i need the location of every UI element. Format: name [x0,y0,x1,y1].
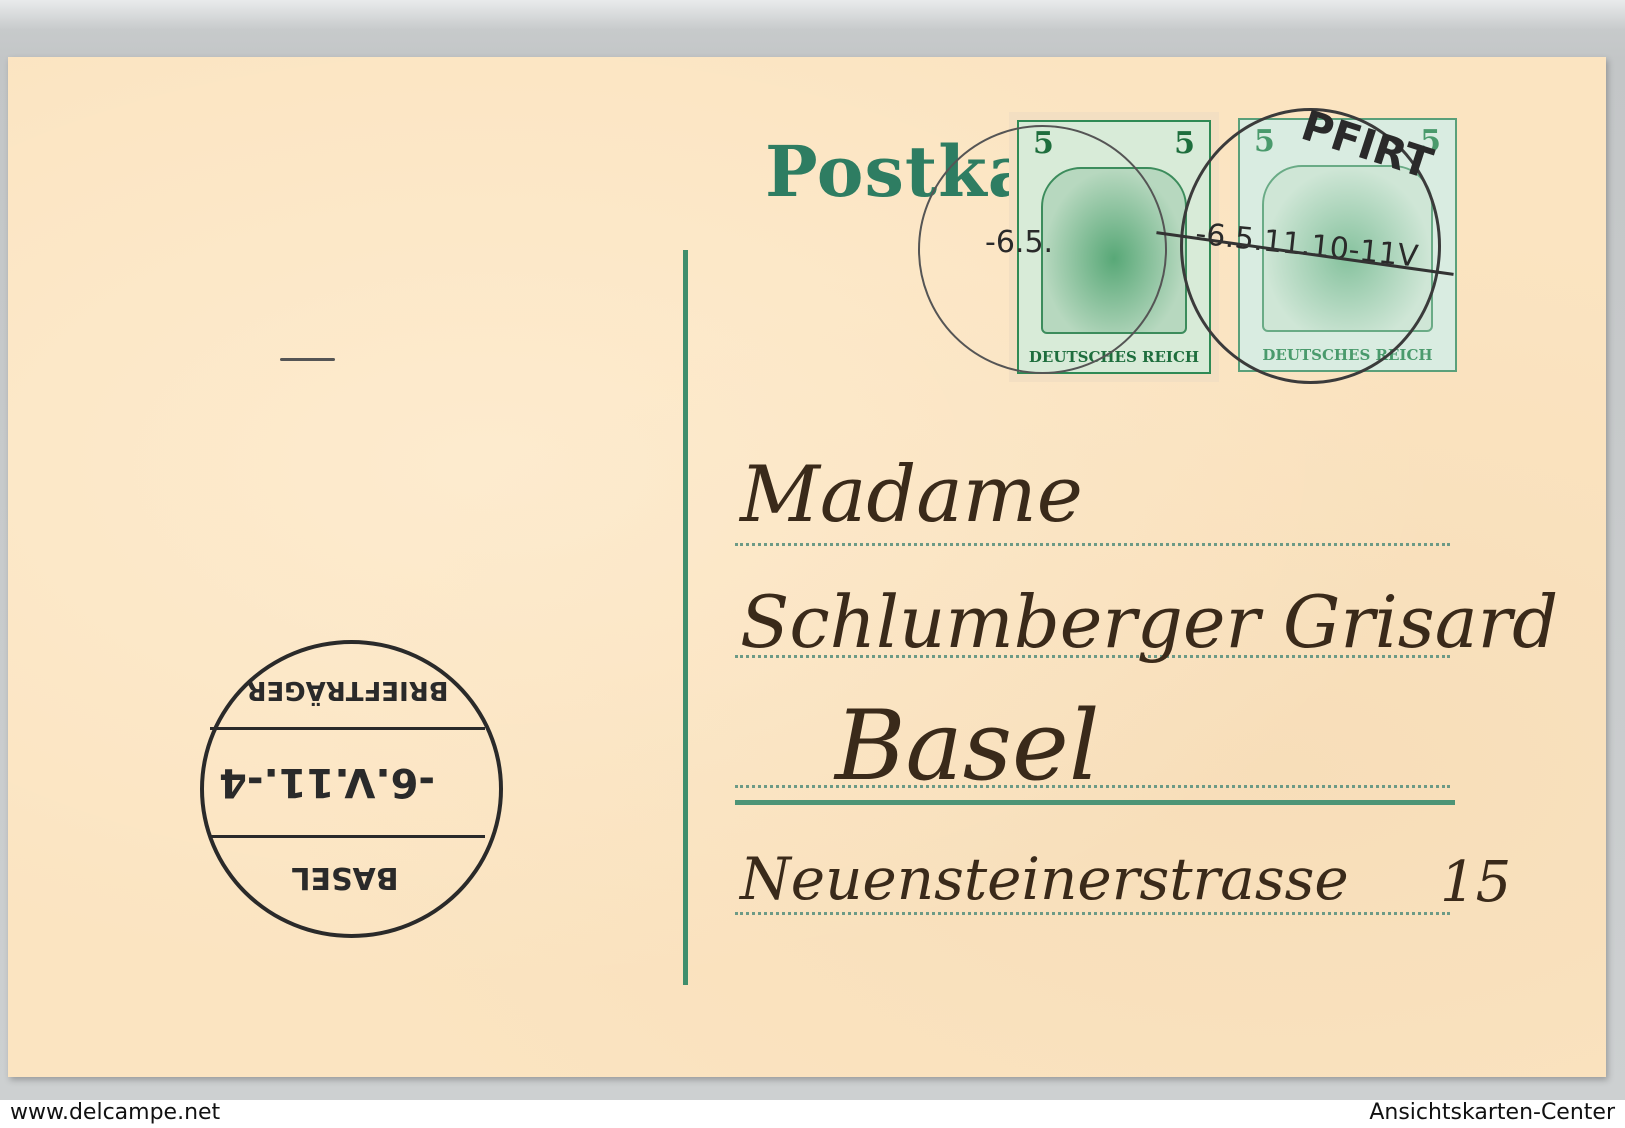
address-city: Basel [835,690,1100,802]
postmark-bar [210,727,485,730]
postmark-label: BRIEFTRÄGER [245,675,450,705]
watermark-left: www.delcampe.net [10,1100,220,1125]
postmark-town: BASEL [245,860,445,895]
ink-mark [280,358,335,361]
stamp-value: 5 [1174,126,1195,161]
postmark-basel-inner: BASEL -6.V.11.-4 BRIEFTRÄGER [200,640,495,930]
postmark-date: -6.V.11.-4 [219,759,435,805]
divider-line [683,250,688,985]
address-house-number: 15 [1440,850,1511,915]
address-name: Schlumberger Grisard [740,580,1558,664]
postmark-bar [210,835,485,838]
address-salutation: Madame [740,450,1083,540]
address-street: Neuensteinerstrasse [740,845,1349,913]
postmark-left-date: -6.5. [985,225,1053,260]
watermark-right: Ansichtskarten-Center [1369,1100,1615,1125]
address-line-1 [735,543,1450,546]
